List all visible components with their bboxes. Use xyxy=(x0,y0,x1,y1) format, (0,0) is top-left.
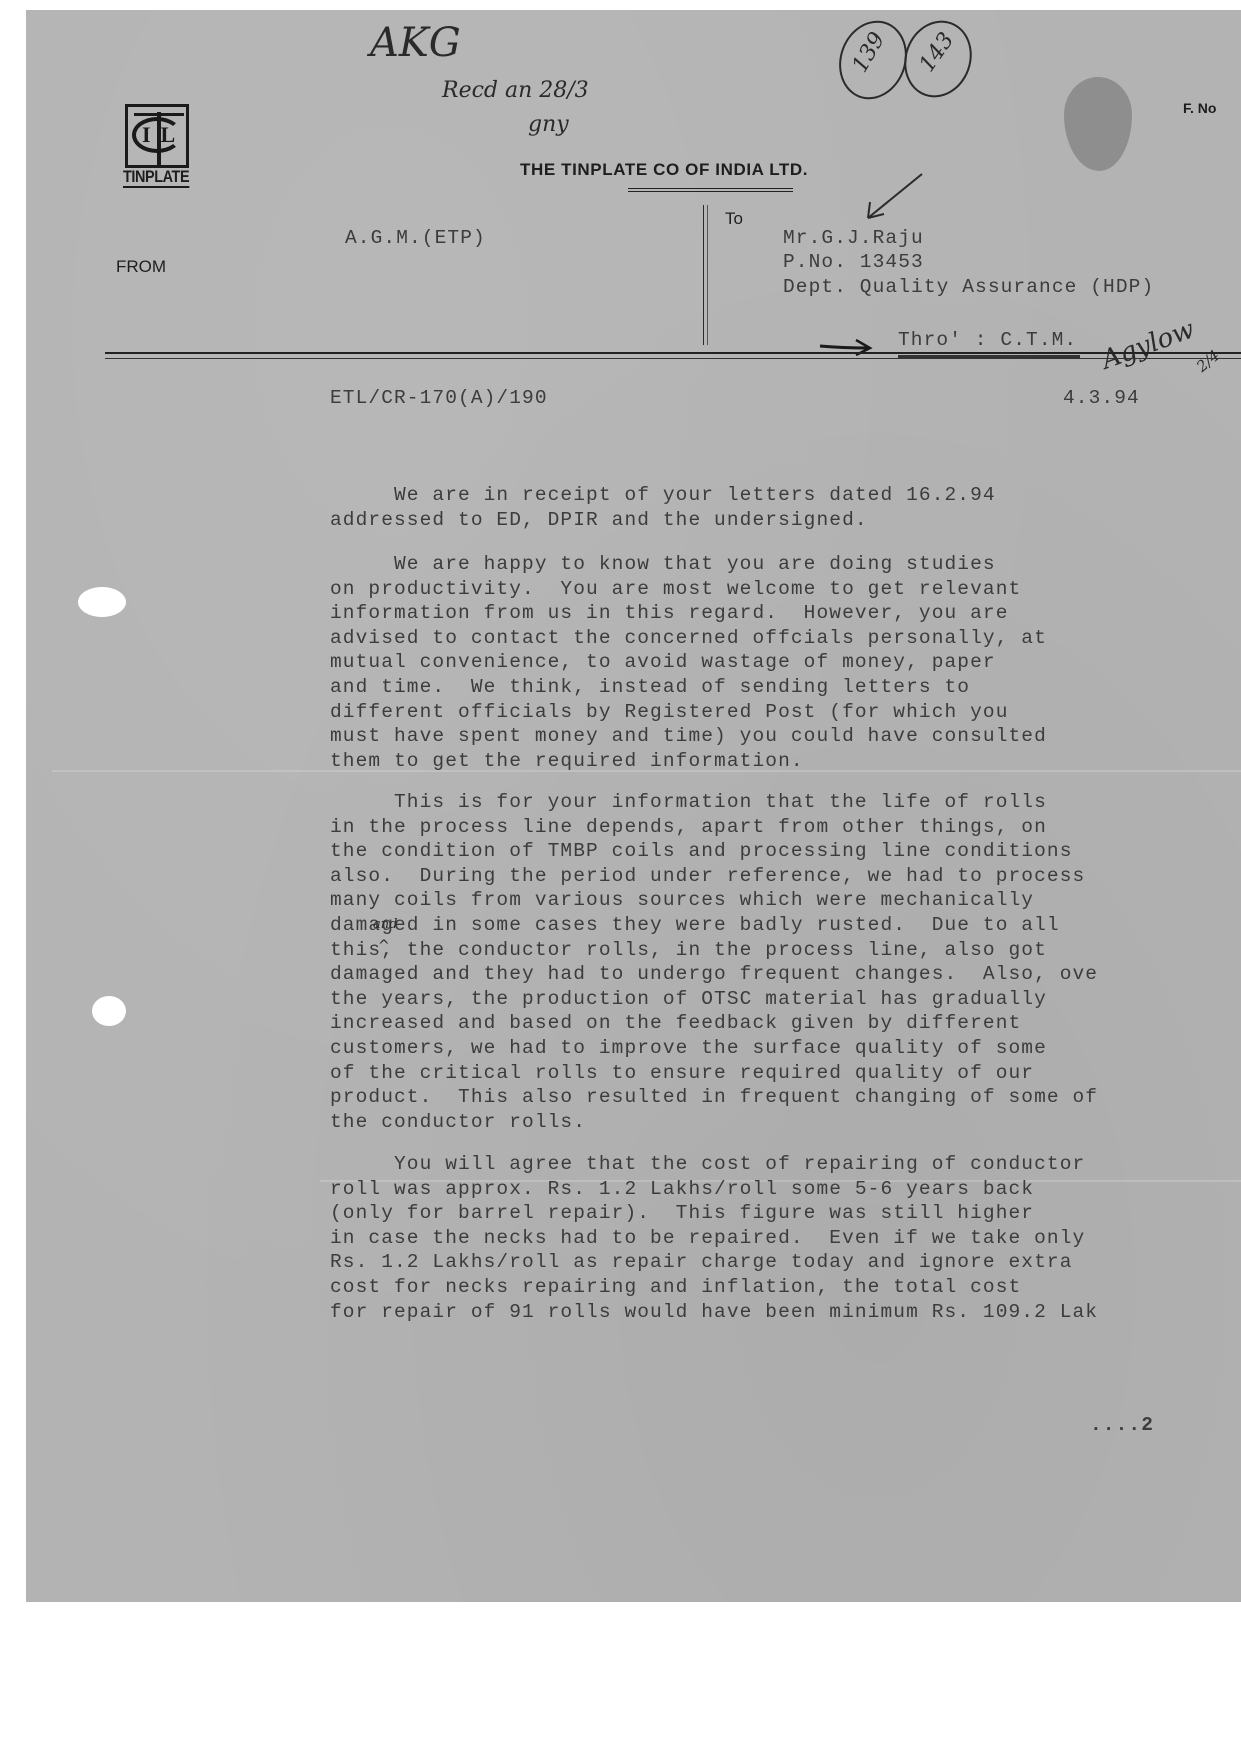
handwritten-initials: AKG xyxy=(370,20,461,66)
body-line: different officials by Registered Post (… xyxy=(330,700,1047,725)
body-paragraph-4: You will agree that the cost of repairin… xyxy=(330,1152,1098,1324)
through-line: Thro' : C.T.M. xyxy=(898,328,1077,353)
body-line: roll was approx. Rs. 1.2 Lakhs/roll some… xyxy=(330,1177,1098,1202)
file-number-label: F. No xyxy=(1183,100,1216,116)
body-line: Rs. 1.2 Lakhs/roll as repair charge toda… xyxy=(330,1250,1098,1275)
body-line: This is for your information that the li… xyxy=(330,790,1098,815)
body-line: cost for necks repairing and inflation, … xyxy=(330,1275,1098,1300)
header-divider xyxy=(703,205,704,345)
body-line: the condition of TMBP coils and processi… xyxy=(330,839,1098,864)
body-line: in case the necks had to be repaired. Ev… xyxy=(330,1226,1098,1251)
body-line: We are happy to know that you are doing … xyxy=(330,552,1047,577)
body-line: also. During the period under reference,… xyxy=(330,864,1098,889)
header-rule-top xyxy=(105,352,1241,354)
letter-date: 4.3.94 xyxy=(1063,386,1140,411)
body-line: the conductor rolls. xyxy=(330,1110,1098,1135)
header-divider-2 xyxy=(707,205,708,345)
body-line: damaged in some cases they were badly ru… xyxy=(330,913,1098,938)
company-logo: IL xyxy=(125,104,189,168)
body-line: many coils from various sources which we… xyxy=(330,888,1098,913)
body-line: information from us in this regard. Howe… xyxy=(330,601,1047,626)
body-line: addressed to ED, DPIR and the undersigne… xyxy=(330,508,996,533)
to-label: To xyxy=(725,209,743,229)
company-name: THE TINPLATE CO OF INDIA LTD. xyxy=(520,160,808,180)
reference-number: ETL/CR-170(A)/190 xyxy=(330,386,548,411)
body-paragraph-2: We are happy to know that you are doing … xyxy=(330,552,1047,773)
through-arrow-icon xyxy=(818,338,878,358)
handwritten-arrow-icon xyxy=(860,170,930,225)
page-continuation: ....2 xyxy=(1090,1413,1154,1438)
body-line: advised to contact the concerned offcial… xyxy=(330,626,1047,651)
company-name-rule-2 xyxy=(628,191,793,192)
body-line: the years, the production of OTSC materi… xyxy=(330,987,1098,1012)
body-line: You will agree that the cost of repairin… xyxy=(330,1152,1098,1177)
punch-hole-top xyxy=(78,587,126,617)
body-line: for repair of 91 rolls would have been m… xyxy=(330,1300,1098,1325)
body-line: in the process line depends, apart from … xyxy=(330,815,1098,840)
body-line: damaged and they had to undergo frequent… xyxy=(330,962,1098,987)
body-line: customers, we had to improve the surface… xyxy=(330,1036,1098,1061)
insertion-caret-icon: ^ xyxy=(378,938,390,954)
header-rule-bottom xyxy=(105,358,1241,359)
from-label: FROM xyxy=(116,257,166,277)
to-name: Mr.G.J.Raju xyxy=(783,226,924,251)
handwritten-received-initials: gny xyxy=(528,112,569,137)
logo-wordmark: TINPLATE xyxy=(123,168,189,188)
body-line: and time. We think, instead of sending l… xyxy=(330,675,1047,700)
to-department: Dept. Quality Assurance (HDP) xyxy=(783,275,1154,300)
body-paragraph-3: This is for your information that the li… xyxy=(330,790,1098,1134)
body-line: We are in receipt of your letters dated … xyxy=(330,483,996,508)
body-paragraph-1: We are in receipt of your letters dated … xyxy=(330,483,996,532)
company-name-rule xyxy=(628,188,793,189)
body-line: must have spent money and time) you coul… xyxy=(330,724,1047,749)
handwritten-insertion: and xyxy=(373,917,397,932)
body-line: mutual convenience, to avoid wastage of … xyxy=(330,650,1047,675)
body-line: product. This also resulted in frequent … xyxy=(330,1085,1098,1110)
body-line: on productivity. You are most welcome to… xyxy=(330,577,1047,602)
body-line: increased and based on the feedback give… xyxy=(330,1011,1098,1036)
handwritten-received-note: Recd an 28/3 xyxy=(442,78,589,103)
body-line: (only for barrel repair). This figure wa… xyxy=(330,1201,1098,1226)
body-line: this, the conductor rolls, in the proces… xyxy=(330,938,1098,963)
from-value: A.G.M.(ETP) xyxy=(345,226,486,251)
to-personnel-number: P.No. 13453 xyxy=(783,250,924,275)
body-line: them to get the required information. xyxy=(330,749,1047,774)
logo-letters: IL xyxy=(142,122,185,148)
punch-hole-bottom xyxy=(92,996,126,1026)
body-line: of the critical rolls to ensure required… xyxy=(330,1061,1098,1086)
